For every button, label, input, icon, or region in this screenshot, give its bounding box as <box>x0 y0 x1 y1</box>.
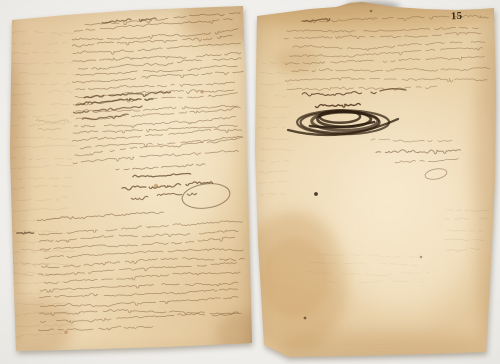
countersignature <box>395 159 458 163</box>
signature-rubric-loop <box>181 181 232 211</box>
stain <box>0 62 26 312</box>
main-text-block <box>72 13 246 164</box>
countersignature <box>376 150 461 154</box>
margin-scribble <box>21 249 53 276</box>
bleedthrough-ghost-column <box>256 62 292 196</box>
right-page-ink <box>250 2 500 364</box>
overwritten-dark-line <box>102 18 156 23</box>
right-manuscript-page: 15 <box>250 2 500 364</box>
stain <box>274 48 320 74</box>
stain <box>280 332 490 358</box>
stain <box>238 212 348 352</box>
ghost-lines-right <box>444 210 489 252</box>
stain <box>2 298 72 358</box>
paragraph-heading <box>37 212 163 221</box>
overwritten-dark-line <box>76 98 163 105</box>
corner-mark <box>33 12 48 14</box>
ink-speck <box>420 256 422 258</box>
right-page-paper: 15 <box>250 2 500 364</box>
bishop-signature-line <box>302 92 376 96</box>
ink-rubric-blob <box>297 110 389 134</box>
rubric-word <box>315 103 360 107</box>
countersignature <box>371 139 452 142</box>
foxing-spot <box>200 90 203 93</box>
left-page-ink <box>6 2 254 360</box>
date-line <box>133 174 196 177</box>
foxing-spot <box>64 330 68 334</box>
ink-speck <box>314 192 318 196</box>
signature-stroke <box>122 182 213 190</box>
ghost-lines-center <box>309 254 431 284</box>
signature-stroke <box>131 193 196 200</box>
opening-word-dark <box>302 19 330 22</box>
signature-dash <box>380 89 406 91</box>
ink-speck <box>304 317 307 320</box>
folio-number: 15 <box>451 11 463 22</box>
stain <box>340 142 470 312</box>
stain <box>250 0 500 32</box>
stain <box>260 238 330 318</box>
margin-scribble <box>36 120 68 130</box>
photograph-of-two-manuscript-pages: 15 <box>0 0 500 364</box>
stain <box>472 22 500 342</box>
stain <box>126 82 226 242</box>
second-paragraph-block <box>39 221 245 331</box>
rubric-underline <box>288 119 398 135</box>
left-page-paper <box>6 2 254 360</box>
left-manuscript-page <box>6 2 254 360</box>
ink-speck <box>370 10 373 13</box>
marginal-mark <box>17 232 34 234</box>
bleedthrough-ghost-column <box>10 31 76 339</box>
overwritten-dark-line <box>83 114 129 119</box>
main-text-block <box>284 15 491 90</box>
overwritten-dark-line <box>84 92 170 98</box>
countersignature-rubric <box>424 167 447 181</box>
overwritten-dark-line <box>74 106 143 113</box>
foxing-spot <box>154 184 158 188</box>
closing-line <box>116 164 205 170</box>
